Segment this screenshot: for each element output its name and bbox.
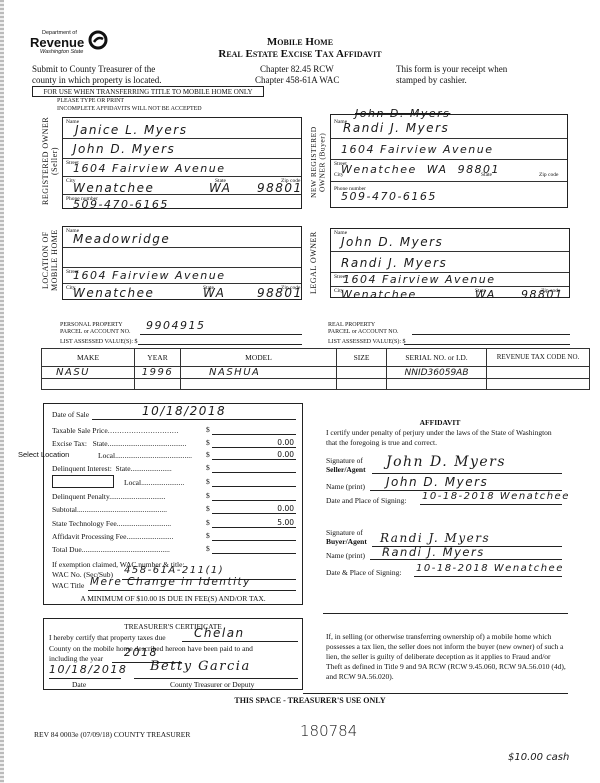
buyer-city-state-zip[interactable]: Wenatchee WA 98801 bbox=[341, 163, 500, 176]
table-row: NASU 1996 NASHUA NNID36059AB bbox=[42, 367, 590, 379]
year-cell[interactable]: 1996 bbox=[135, 367, 181, 379]
serial-cell[interactable]: NNID36059AB bbox=[387, 367, 487, 379]
table-row bbox=[42, 379, 590, 390]
affidavit-title: AFFIDAVIT bbox=[370, 418, 510, 427]
chapter-wac: Chapter 458-61A WAC bbox=[255, 75, 339, 85]
location-state[interactable]: WA bbox=[203, 286, 225, 300]
seller-name-2[interactable]: John D. Myers bbox=[73, 142, 175, 156]
total-due-row: Total Due...............................… bbox=[52, 545, 170, 554]
date-of-sale-field[interactable]: 10/18/2018 bbox=[92, 410, 296, 420]
wac-no-value: 458-61A-211(1) bbox=[124, 565, 224, 576]
delinquent-state-label: State bbox=[116, 464, 131, 473]
location-box: Name Meadowridge Street 1604 Fairview Av… bbox=[62, 226, 302, 300]
legal-owner-street[interactable]: 1604 Fairview Avenue bbox=[343, 273, 495, 286]
delinquent-local-label: Local bbox=[124, 478, 141, 487]
treasurer-signature-value: Betty Garcia bbox=[150, 659, 251, 674]
logo-state: Washington State bbox=[40, 49, 83, 55]
mobile-home-table: MAKE YEAR MODEL SIZE SERIAL NO. or I.D. … bbox=[41, 348, 590, 390]
delinquent-interest-state-row: Delinquent Interest: State..............… bbox=[52, 464, 172, 473]
receipt-number: 180784 bbox=[300, 722, 357, 740]
real-parcel-label: PARCEL or ACCOUNT NO. bbox=[328, 329, 398, 335]
tech-fee-label: State Technology Fee bbox=[52, 519, 117, 528]
seller-signature-label-2: Seller/Agent bbox=[326, 465, 366, 474]
total-due-field[interactable] bbox=[212, 544, 296, 554]
treasurer-date-label: Date bbox=[72, 680, 86, 689]
excise-state-row: Excise Tax: State.......................… bbox=[52, 439, 186, 448]
excise-tax-label: Excise Tax: bbox=[52, 439, 87, 448]
processing-fee-row: Affidavit Processing Fee................… bbox=[52, 532, 173, 541]
subtotal-row: Subtotal................................… bbox=[52, 505, 167, 514]
seller-name-print-value: John D. Myers bbox=[386, 475, 488, 489]
minimum-fee-note: A MINIMUM OF $10.00 IS DUE IN FEE(S) AND… bbox=[44, 594, 302, 603]
payment-note: $10.00 cash bbox=[508, 752, 569, 763]
personal-property-label: PERSONAL PROPERTY bbox=[60, 322, 123, 328]
personal-parcel-value: 9904915 bbox=[146, 319, 206, 332]
seller-city[interactable]: Wenatchee bbox=[73, 181, 154, 195]
taxable-sale-price-field[interactable] bbox=[212, 425, 296, 435]
buyer-name-print-field[interactable]: Randi J. Myers bbox=[370, 550, 562, 560]
receipt-note-1: This form is your receipt when bbox=[396, 64, 507, 74]
state-label: State bbox=[481, 172, 492, 178]
seller-name-1[interactable]: Janice L. Myers bbox=[75, 123, 187, 137]
buyer-name-struck: John D. Myers bbox=[355, 107, 450, 120]
dollar-sign: $ bbox=[206, 491, 210, 500]
date-of-sale-label: Date of Sale bbox=[52, 410, 89, 419]
treasurer-signature-label: County Treasurer or Deputy bbox=[170, 680, 254, 689]
dollar-sign: $ bbox=[206, 463, 210, 472]
date-of-sale-value: 10/18/2018 bbox=[142, 404, 226, 418]
delinquent-interest-local-field[interactable] bbox=[212, 477, 296, 487]
delinquent-penalty-field[interactable] bbox=[212, 491, 296, 501]
treasurer-certificate-title: TREASURER'S CERTIFICATE bbox=[44, 622, 302, 631]
processing-fee-field[interactable] bbox=[212, 531, 296, 541]
use-banner-text: FOR USE WHEN TRANSFERRING TITLE TO MOBIL… bbox=[33, 87, 263, 97]
bottom-rule bbox=[303, 693, 568, 694]
treasurer-date-value: 10/18/2018 bbox=[49, 663, 127, 676]
dollar-sign: $ bbox=[206, 531, 210, 540]
seller-signature-label-1: Signature of bbox=[326, 456, 363, 465]
make-cell[interactable]: NASU bbox=[42, 367, 135, 379]
wac-title-label: WAC Title bbox=[52, 581, 84, 590]
legal-owner-name-1[interactable]: John D. Myers bbox=[341, 235, 443, 249]
zip-label: Zip code bbox=[539, 172, 558, 178]
seller-date-place-label: Date and Place of Signing: bbox=[326, 496, 406, 505]
legal-owner-label: LEGAL OWNER bbox=[310, 228, 330, 298]
personal-assessed-field[interactable] bbox=[138, 337, 302, 345]
year-value: 2018 bbox=[124, 646, 158, 659]
legal-owner-zip[interactable]: 98801 bbox=[521, 288, 564, 301]
col-model: MODEL bbox=[181, 349, 337, 367]
fees-box: Date of Sale 10/18/2018 Taxable Sale Pri… bbox=[43, 403, 303, 605]
buyer-name-print-label: Name (print) bbox=[326, 551, 365, 560]
dollar-sign: $ bbox=[206, 438, 210, 447]
scan-edge bbox=[0, 0, 4, 783]
buyer-date-place-field[interactable]: 10-18-2018 Wenatchee bbox=[414, 567, 562, 577]
excise-local-label: Local bbox=[98, 451, 115, 460]
treasurer-line-1: I hereby certify that property taxes due bbox=[49, 633, 166, 642]
col-make: MAKE bbox=[42, 349, 135, 367]
location-label: LOCATION OF MOBILE HOME bbox=[42, 225, 62, 295]
col-tax-code: REVENUE TAX CODE NO. bbox=[487, 349, 590, 367]
seller-date-place-field[interactable]: 10-18-2018 Wenatchee bbox=[420, 495, 562, 505]
excise-state-field[interactable]: 0.00 bbox=[212, 438, 296, 448]
lien-notice: If, in selling (or otherwise transferrin… bbox=[326, 632, 568, 681]
buyer-signature-label-2: Buyer/Agent bbox=[326, 537, 367, 546]
buyer-street[interactable]: 1604 Fairview Avenue bbox=[341, 143, 493, 156]
dollar-sign: $ bbox=[206, 504, 210, 513]
new-owner-label: NEW REGISTERED OWNER (Buyer) bbox=[310, 116, 330, 208]
seller-name-print-label: Name (print) bbox=[326, 482, 365, 491]
personal-assessed-label: LIST ASSESSED VALUE(S): $ bbox=[60, 339, 138, 345]
chapter-rcw: Chapter 82.45 RCW bbox=[260, 64, 334, 74]
dollar-sign: $ bbox=[206, 450, 210, 459]
select-location-dropdown[interactable]: Select Location bbox=[18, 450, 69, 459]
size-cell[interactable] bbox=[337, 367, 387, 379]
buyer-name-print-value: Randi J. Myers bbox=[382, 545, 485, 559]
city-label: City bbox=[334, 172, 343, 178]
form-title-line2: Real Estate Excise Tax Affidavit bbox=[180, 48, 420, 60]
treasurer-certificate-box: TREASURER'S CERTIFICATE I hereby certify… bbox=[43, 618, 303, 690]
wac-title-field[interactable]: Mere Change in Identity bbox=[88, 581, 296, 591]
treasurer-use-only-label: THIS SPACE - TREASURER'S USE ONLY bbox=[200, 696, 420, 705]
dollar-sign: $ bbox=[206, 477, 210, 486]
form-title-line1: Mobile Home bbox=[220, 36, 380, 48]
top-rule bbox=[323, 613, 568, 614]
excise-local-row: Local...................................… bbox=[98, 451, 192, 460]
use-banner: FOR USE WHEN TRANSFERRING TITLE TO MOBIL… bbox=[32, 86, 264, 97]
logo-name: Revenue bbox=[30, 35, 84, 50]
col-size: SIZE bbox=[337, 349, 387, 367]
size-cell[interactable] bbox=[337, 379, 387, 390]
wac-title-value: Mere Change in Identity bbox=[90, 576, 251, 588]
buyer-signature-value: Randi J. Myers bbox=[380, 531, 490, 545]
seller-signature-value: John D. Myers bbox=[386, 454, 506, 470]
buyer-date-place-value: 10-18-2018 Wenatchee bbox=[416, 563, 564, 574]
location-name[interactable]: Meadowridge bbox=[73, 232, 170, 246]
location-city[interactable]: Wenatchee bbox=[73, 286, 154, 300]
tax-code-cell[interactable] bbox=[487, 379, 590, 390]
location-input[interactable] bbox=[52, 475, 114, 488]
delinquent-penalty-row: Delinquent Penalty......................… bbox=[52, 492, 165, 501]
dollar-sign: $ bbox=[206, 544, 210, 553]
seller-signature-field[interactable]: John D. Myers bbox=[372, 464, 562, 474]
incomplete-note: INCOMPLETE AFFIDAVITS WILL NOT BE ACCEPT… bbox=[57, 106, 202, 112]
personal-parcel-label: PARCEL or ACCOUNT NO. bbox=[60, 329, 130, 335]
county-value: Chelan bbox=[194, 626, 245, 640]
new-owner-box: Name John D. Myers Randi J. Myers 1604 F… bbox=[330, 114, 568, 208]
seller-state[interactable]: WA bbox=[209, 181, 231, 195]
revenue-logo-icon bbox=[88, 30, 108, 50]
delinquent-interest-state-field[interactable] bbox=[212, 463, 296, 473]
legal-owner-city[interactable]: Wenatchee bbox=[341, 288, 417, 301]
taxable-sale-price-label: Taxable Sale Price bbox=[52, 426, 108, 435]
model-cell[interactable] bbox=[181, 379, 337, 390]
buyer-signature-label-1: Signature of bbox=[326, 528, 363, 537]
submit-instructions-2: county in which property is located. bbox=[32, 75, 161, 85]
receipt-note-2: stamped by cashier. bbox=[396, 75, 467, 85]
treasurer-date-field[interactable]: 10/18/2018 bbox=[49, 667, 121, 679]
total-due-label: Total Due bbox=[52, 545, 82, 554]
delinquent-interest-label: Delinquent Interest: bbox=[52, 464, 112, 473]
make-cell[interactable] bbox=[42, 379, 135, 390]
excise-state-label: State bbox=[93, 439, 108, 448]
delinquent-interest-local-row: Local....................... bbox=[124, 478, 184, 487]
serial-cell[interactable] bbox=[387, 379, 487, 390]
seller-zip[interactable]: 98801 bbox=[257, 181, 303, 195]
legal-owner-name-2[interactable]: Randi J. Myers bbox=[341, 256, 447, 270]
seller-date-place-value: 10-18-2018 Wenatchee bbox=[422, 491, 570, 502]
treasurer-line-3: including the year bbox=[49, 654, 103, 663]
affidavit-text: I certify under penalty of perjury under… bbox=[326, 428, 560, 448]
county-field[interactable]: Chelan bbox=[182, 632, 298, 642]
seller-phone[interactable]: 509-470-6165 bbox=[73, 198, 169, 211]
legal-owner-state[interactable]: WA bbox=[475, 288, 496, 301]
location-zip[interactable]: 98801 bbox=[257, 286, 303, 300]
treasurer-signature-field[interactable]: Betty Garcia bbox=[134, 667, 298, 679]
form-id: REV 84 0003e (07/09/18) COUNTY TREASURER bbox=[34, 730, 190, 739]
legal-owner-box: Name John D. Myers Randi J. Myers Street… bbox=[330, 228, 570, 298]
tech-fee-row: State Technology Fee....................… bbox=[52, 519, 171, 528]
registered-owner-label: REGISTERED OWNER (Seller) bbox=[42, 116, 62, 206]
processing-fee-label: Affidavit Processing Fee bbox=[52, 532, 126, 541]
dollar-sign: $ bbox=[206, 518, 210, 527]
real-parcel-field[interactable] bbox=[412, 326, 570, 335]
real-property-label: REAL PROPERTY bbox=[328, 322, 375, 328]
seller-street[interactable]: 1604 Fairview Avenue bbox=[73, 162, 225, 175]
type-print-note: PLEASE TYPE OR PRINT bbox=[57, 98, 124, 104]
tech-fee-field[interactable]: 5.00 bbox=[212, 518, 296, 528]
registered-owner-box: Name Janice L. Myers John D. Myers Stree… bbox=[62, 117, 302, 209]
dor-logo: Department of Revenue Washington State bbox=[30, 30, 105, 60]
dollar-sign: $ bbox=[206, 425, 210, 434]
col-year: YEAR bbox=[135, 349, 181, 367]
real-assessed-field[interactable] bbox=[404, 337, 570, 345]
buyer-phone[interactable]: 509-470-6165 bbox=[341, 190, 437, 203]
buyer-date-place-label: Date & Place of Signing: bbox=[326, 568, 401, 577]
model-cell[interactable]: NASHUA bbox=[181, 367, 337, 379]
seller-name-print-field[interactable]: John D. Myers bbox=[370, 481, 562, 491]
buyer-name-1[interactable]: Randi J. Myers bbox=[343, 121, 449, 135]
submit-instructions-1: Submit to County Treasurer of the bbox=[32, 64, 155, 74]
col-serial: SERIAL NO. or I.D. bbox=[387, 349, 487, 367]
subtotal-field[interactable]: 0.00 bbox=[212, 504, 296, 514]
tax-code-cell[interactable] bbox=[487, 367, 590, 379]
subtotal-label: Subtotal bbox=[52, 505, 77, 514]
delinquent-penalty-label: Delinquent Penalty bbox=[52, 492, 109, 501]
excise-local-field[interactable]: 0.00 bbox=[212, 450, 296, 460]
real-assessed-label: LIST ASSESSED VALUE(S): $ bbox=[328, 339, 406, 345]
personal-parcel-field[interactable]: 9904915 bbox=[140, 325, 302, 335]
taxable-sale-price-row: Taxable Sale Price......................… bbox=[52, 426, 179, 435]
location-street[interactable]: 1604 Fairview Avenue bbox=[73, 269, 225, 282]
year-cell[interactable] bbox=[135, 379, 181, 390]
